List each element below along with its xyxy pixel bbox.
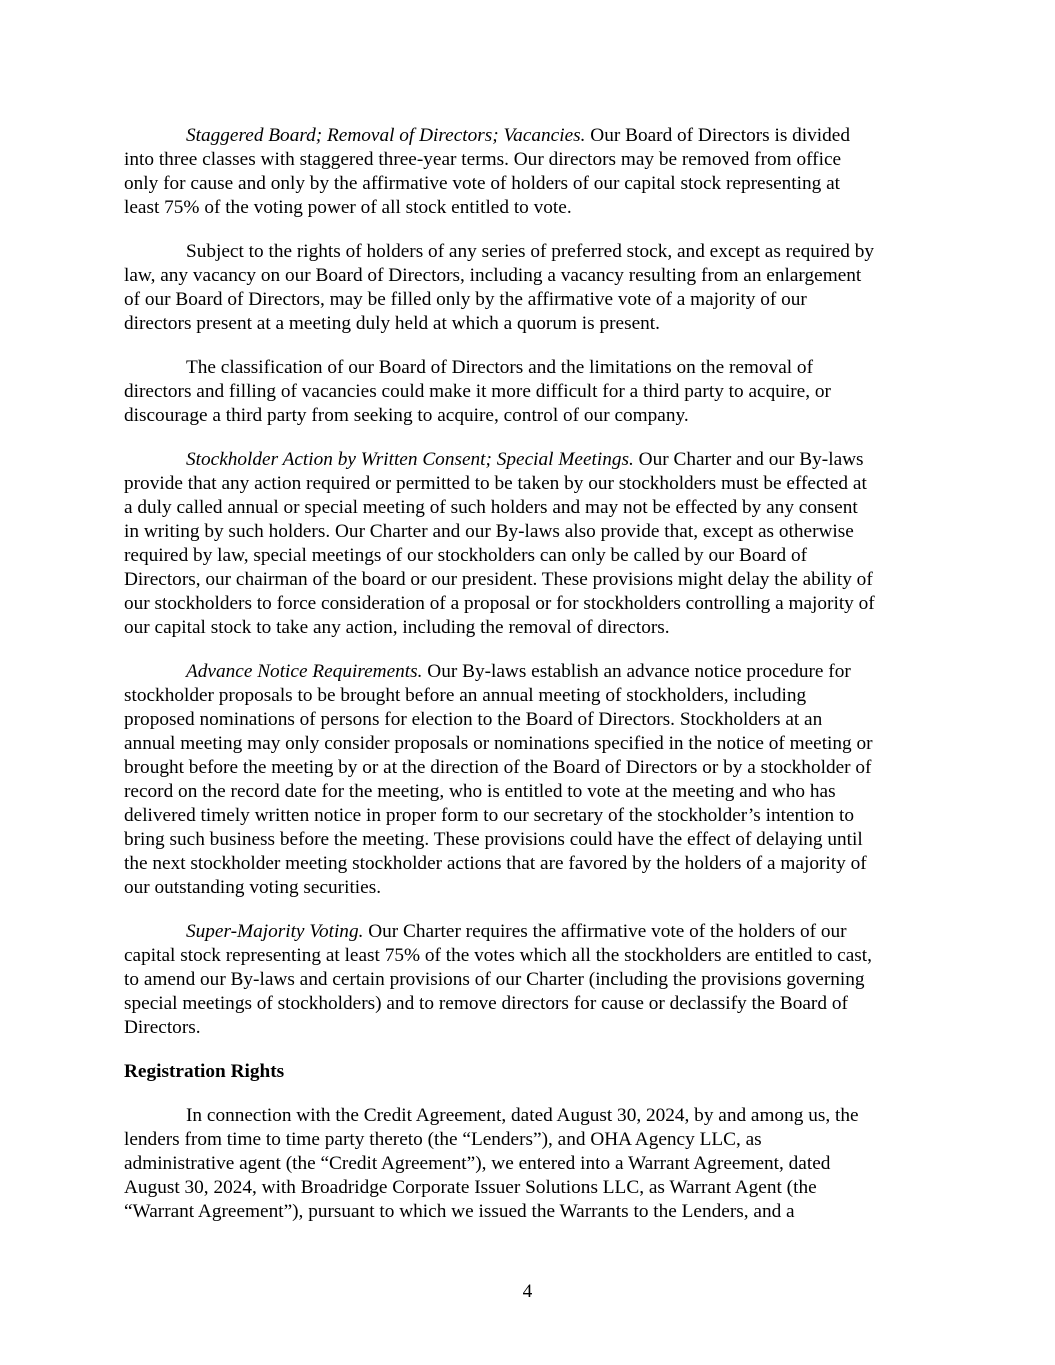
paragraph-line: Super-Majority Voting. Our Charter requi… bbox=[124, 920, 934, 944]
paragraph-line: only for cause and only by the affirmati… bbox=[124, 172, 934, 196]
paragraph-line: the next stockholder meeting stockholder… bbox=[124, 852, 934, 876]
paragraph-line: special meetings of stockholders) and to… bbox=[124, 992, 934, 1016]
paragraph-line: delivered timely written notice in prope… bbox=[124, 804, 934, 828]
paragraph-line: August 30, 2024, with Broadridge Corpora… bbox=[124, 1176, 934, 1200]
paragraph-line: least 75% of the voting power of all sto… bbox=[124, 196, 934, 220]
paragraph-line: in writing by such holders. Our Charter … bbox=[124, 520, 934, 544]
paragraph-line: law, any vacancy on our Board of Directo… bbox=[124, 264, 934, 288]
paragraph-lead-heading: Stockholder Action by Written Consent; S… bbox=[186, 449, 634, 470]
paragraph-advance-notice: Advance Notice Requirements. Our By-laws… bbox=[124, 660, 934, 900]
paragraph-line: capital stock representing at least 75% … bbox=[124, 944, 934, 968]
paragraph-line: In connection with the Credit Agreement,… bbox=[124, 1104, 934, 1128]
paragraph-lead-heading: Super-Majority Voting. bbox=[186, 921, 363, 942]
paragraph-line: discourage a third party from seeking to… bbox=[124, 404, 934, 428]
paragraph-line: our outstanding voting securities. bbox=[124, 876, 934, 900]
paragraph-line: into three classes with staggered three-… bbox=[124, 148, 934, 172]
paragraph-lead-heading: Staggered Board; Removal of Directors; V… bbox=[186, 125, 585, 146]
paragraph-line: proposed nominations of persons for elec… bbox=[124, 708, 934, 732]
paragraph-line: directors present at a meeting duly held… bbox=[124, 312, 934, 336]
paragraph-line: required by law, special meetings of our… bbox=[124, 544, 934, 568]
paragraph-line: a duly called annual or special meeting … bbox=[124, 496, 934, 520]
paragraph-registration-rights: In connection with the Credit Agreement,… bbox=[124, 1104, 934, 1224]
paragraph-line: Stockholder Action by Written Consent; S… bbox=[124, 448, 934, 472]
paragraph-line: our capital stock to take any action, in… bbox=[124, 616, 934, 640]
paragraph-line: Staggered Board; Removal of Directors; V… bbox=[124, 124, 934, 148]
paragraph-stockholder-action: Stockholder Action by Written Consent; S… bbox=[124, 448, 934, 640]
paragraph-super-majority: Super-Majority Voting. Our Charter requi… bbox=[124, 920, 934, 1040]
paragraph-line: of our Board of Directors, may be filled… bbox=[124, 288, 934, 312]
document-page: Staggered Board; Removal of Directors; V… bbox=[124, 124, 934, 1244]
paragraph-lead-heading: Advance Notice Requirements. bbox=[186, 661, 422, 682]
page-number: 4 bbox=[0, 1280, 1055, 1304]
paragraph-line: Advance Notice Requirements. Our By-laws… bbox=[124, 660, 934, 684]
paragraph-line: record on the record date for the meetin… bbox=[124, 780, 934, 804]
paragraph-staggered-board: Staggered Board; Removal of Directors; V… bbox=[124, 124, 934, 220]
paragraph-line: Directors. bbox=[124, 1016, 934, 1040]
paragraph-vacancies: Subject to the rights of holders of any … bbox=[124, 240, 934, 336]
paragraph-line: provide that any action required or perm… bbox=[124, 472, 934, 496]
section-heading-registration-rights: Registration Rights bbox=[124, 1060, 934, 1084]
paragraph-line: administrative agent (the “Credit Agreem… bbox=[124, 1152, 934, 1176]
paragraph-line: lenders from time to time party thereto … bbox=[124, 1128, 934, 1152]
paragraph-line: annual meeting may only consider proposa… bbox=[124, 732, 934, 756]
paragraph-line: bring such business before the meeting. … bbox=[124, 828, 934, 852]
paragraph-line: stockholder proposals to be brought befo… bbox=[124, 684, 934, 708]
paragraph-classification: The classification of our Board of Direc… bbox=[124, 356, 934, 428]
paragraph-line: Directors, our chairman of the board or … bbox=[124, 568, 934, 592]
paragraph-line: our stockholders to force consideration … bbox=[124, 592, 934, 616]
paragraph-line: directors and filling of vacancies could… bbox=[124, 380, 934, 404]
paragraph-line: The classification of our Board of Direc… bbox=[124, 356, 934, 380]
paragraph-line: brought before the meeting by or at the … bbox=[124, 756, 934, 780]
paragraph-line: “Warrant Agreement”), pursuant to which … bbox=[124, 1200, 934, 1224]
paragraph-line: Subject to the rights of holders of any … bbox=[124, 240, 934, 264]
paragraph-line: to amend our By-laws and certain provisi… bbox=[124, 968, 934, 992]
